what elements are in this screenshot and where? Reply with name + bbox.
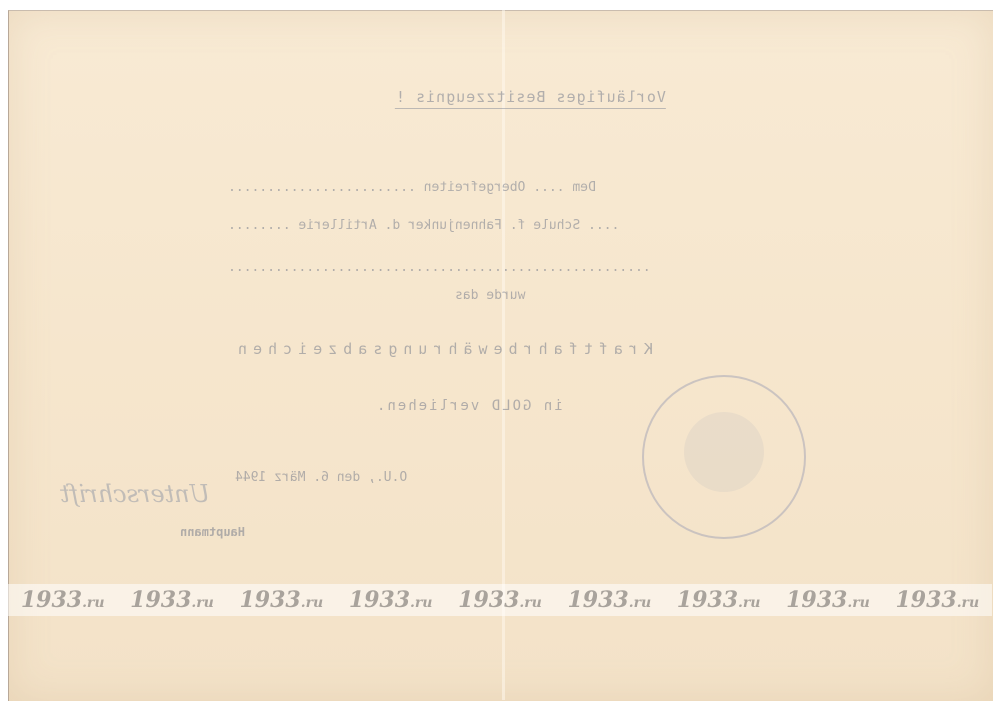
signature: Unterschrift <box>60 480 210 508</box>
rank-label: Hauptmann <box>180 525 245 539</box>
watermark-text: 1933.ru <box>895 587 979 613</box>
eagle-emblem-icon <box>684 412 764 492</box>
unit-line: .... Schule f. Fahnenjunker d. Artilleri… <box>228 218 619 233</box>
watermark-text: 1933.ru <box>786 587 870 613</box>
wurde-line: wurde das <box>455 288 525 303</box>
watermark-text: 1933.ru <box>349 587 433 613</box>
award-name: Kraftfahrbewährungsabzeichen <box>232 340 653 358</box>
recipient-line: Dem .... Obergefreiten .................… <box>228 180 596 195</box>
award-grade: in GOLD verliehen. <box>375 398 563 414</box>
document-title: Vorläufiges Besitzzeugnis ! <box>395 88 666 109</box>
watermark-text: 1933.ru <box>567 587 651 613</box>
place-date: O.U., den 6. März 1944 <box>235 470 407 485</box>
official-stamp <box>642 375 806 539</box>
blank-line: ........................................… <box>228 260 651 275</box>
watermark-text: 1933.ru <box>239 587 323 613</box>
watermark-text: 1933.ru <box>130 587 214 613</box>
watermark-text: 1933.ru <box>458 587 542 613</box>
watermark-text: 1933.ru <box>677 587 761 613</box>
watermark-band: 1933.ru 1933.ru 1933.ru 1933.ru 1933.ru … <box>8 584 992 616</box>
watermark-text: 1933.ru <box>21 587 105 613</box>
